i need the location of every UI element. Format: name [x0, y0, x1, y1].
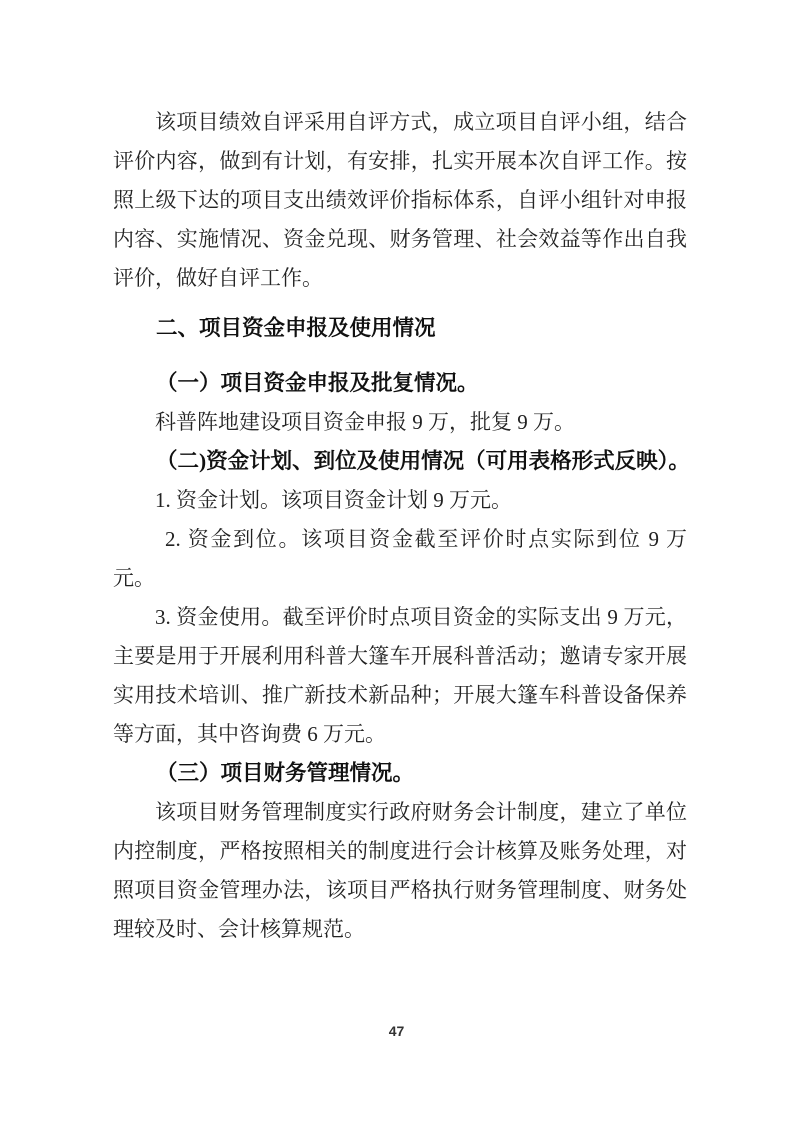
subsection-3-paragraph: 该项目财务管理制度实行政府财务会计制度，建立了单位内控制度，严格按照相关的制度进… [113, 793, 687, 949]
subsection-1-paragraph: 科普阵地建设项目资金申报 9 万，批复 9 万。 [113, 403, 687, 442]
list-item-2-fund-arrival: 2. 资金到位。该项目资金截至评价时点实际到位 9 万元。 [113, 520, 687, 598]
section-2-heading: 二、项目资金申报及使用情况 [113, 309, 687, 348]
page-content: 该项目绩效自评采用自评方式，成立项目自评小组，结合评价内容，做到有计划，有安排，… [113, 103, 687, 949]
subsection-2-heading: （二)资金计划、到位及使用情况（可用表格形式反映）。 [113, 442, 687, 481]
list-item-3-fund-usage: 3. 资金使用。截至评价时点项目资金的实际支出 9 万元，主要是用于开展利用科普… [113, 598, 687, 754]
document-page: 该项目绩效自评采用自评方式，成立项目自评小组，结合评价内容，做到有计划，有安排，… [0, 0, 793, 1122]
list-item-1-fund-plan: 1. 资金计划。该项目资金计划 9 万元。 [113, 481, 687, 520]
subsection-1-heading: （一）项目资金申报及批复情况。 [113, 364, 687, 403]
page-number: 47 [0, 1022, 793, 1040]
intro-paragraph: 该项目绩效自评采用自评方式，成立项目自评小组，结合评价内容，做到有计划，有安排，… [113, 103, 687, 298]
subsection-3-heading: （三）项目财务管理情况。 [113, 754, 687, 793]
